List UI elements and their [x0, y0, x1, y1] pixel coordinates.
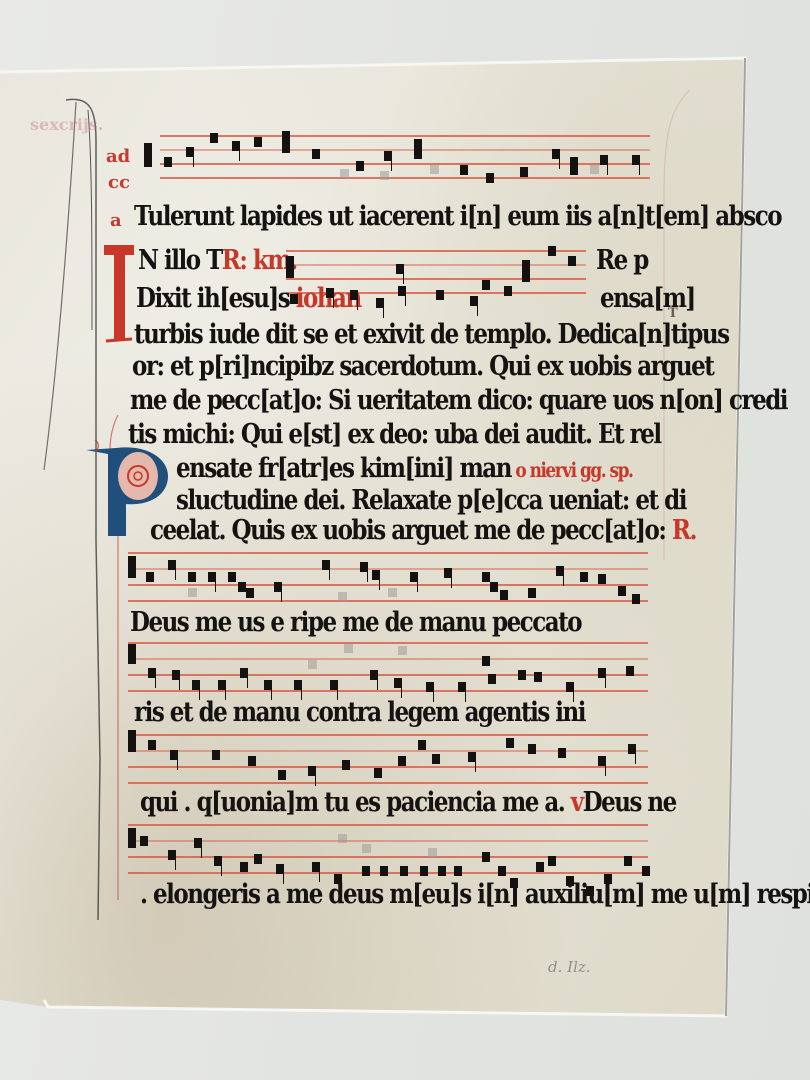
rubric-cc: cc	[108, 172, 130, 193]
text-line-3-end: ensa[m]	[600, 282, 695, 314]
text-line-11: Deus me us e ripe me de manu peccato	[130, 606, 581, 638]
text-line-8: ensate fr[atr]es kim[ini] man o niervi g…	[176, 452, 632, 484]
bleed-through-text: sexcrijs.	[30, 115, 103, 134]
text-line-7: tis michi: Qui e[st] ex deo: uba dei aud…	[128, 418, 661, 450]
initial-letter-I	[104, 245, 134, 345]
text-line-4: turbis iude dit se et exivit de templo. …	[134, 318, 729, 350]
text-line-6: me de pecc[at]o: Si ueritatem dico: quar…	[130, 384, 787, 416]
text-line-13: qui . q[uonia]m tu es paciencia me a. vD…	[140, 786, 676, 818]
text-line-9: sluctudine dei. Relaxate p[e]cca ueniat:…	[176, 484, 686, 516]
music-staff-4	[128, 552, 648, 596]
music-staff-6	[128, 730, 648, 774]
text-line-2: N illo TR: km.	[138, 244, 297, 276]
rubric-a: a	[110, 210, 122, 231]
music-staff-1	[160, 135, 650, 179]
pencil-note: d. Ilz.	[548, 958, 591, 976]
music-staff-5	[128, 640, 648, 684]
text-line-2-end: Re p	[596, 244, 648, 276]
text-line-1: Tulerunt lapides ut iacerent i[n] eum ii…	[134, 200, 781, 232]
rubric-ad: ad	[106, 146, 130, 167]
margin-mark: T	[668, 306, 678, 321]
text-line-5: or: et p[ri]ncipibz sacerdotum. Qui ex u…	[132, 350, 713, 382]
music-staff-7	[128, 822, 648, 866]
text-line-10: ceelat. Quis ex uobis arguet me de pecc[…	[150, 514, 696, 546]
text-line-12: ris et de manu contra legem agentis ini	[134, 696, 585, 728]
text-line-14: . elongeris a me deus m[eu]s i[n] auxili…	[140, 878, 810, 910]
